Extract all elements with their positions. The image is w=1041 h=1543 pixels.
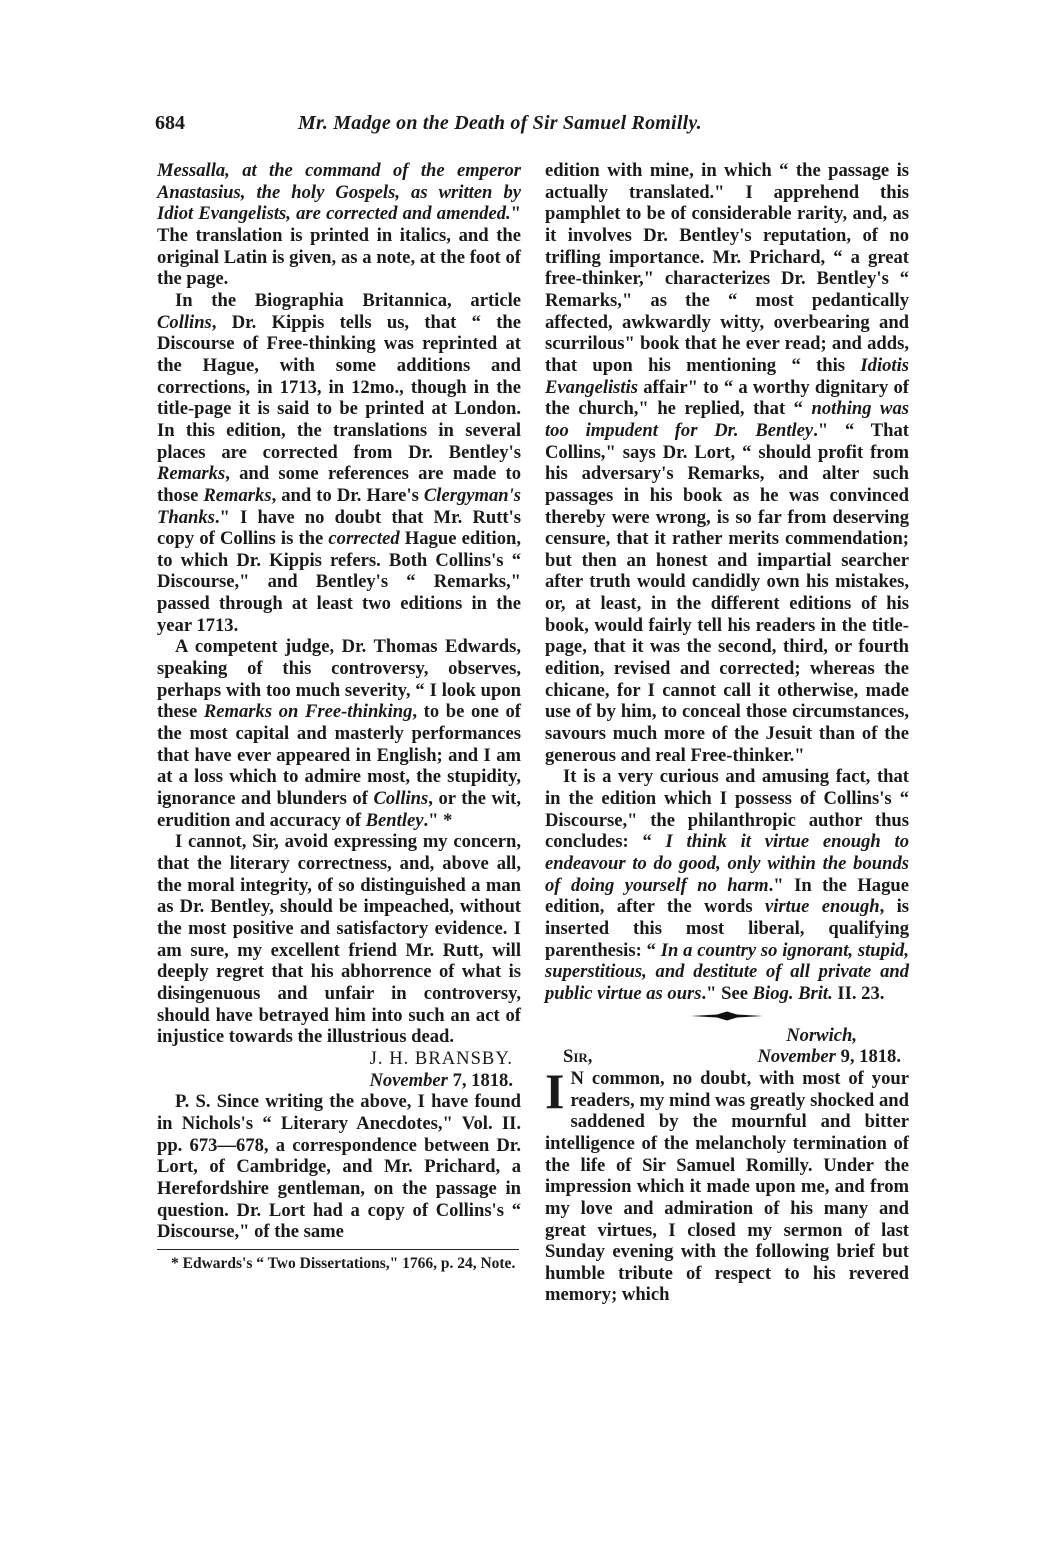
paragraph: A competent judge, Dr. Thomas Edwards, s… — [157, 636, 521, 831]
salutation-line: Sir, November 9, 1818. — [545, 1046, 909, 1068]
paragraph: IN common, no doubt, with most of your r… — [545, 1068, 909, 1306]
right-column: edition with mine, in which “ the passag… — [545, 160, 909, 1306]
page-header: 684 Mr. Madge on the Death of Sir Samuel… — [155, 112, 910, 138]
drop-cap: I — [545, 1070, 564, 1112]
footnote-rule — [157, 1249, 519, 1250]
left-column: Messalla, at the command of the emperor … — [157, 160, 521, 1273]
signature-date: November 7, 1818. — [157, 1070, 521, 1092]
paragraph: In the Biographia Britannica, article Co… — [157, 290, 521, 637]
paragraph: I cannot, Sir, avoid expressing my conce… — [157, 831, 521, 1048]
running-title: Mr. Madge on the Death of Sir Samuel Rom… — [298, 112, 702, 135]
letter-place: Norwich, — [545, 1025, 909, 1047]
signature: J. H. BRANSBY. — [157, 1048, 521, 1070]
salutation: Sir, — [545, 1046, 592, 1068]
page-number: 684 — [155, 112, 185, 135]
footnote: * Edwards's “ Two Dissertations," 1766, … — [157, 1254, 521, 1273]
paragraph: It is a very curious and amusing fact, t… — [545, 766, 909, 1004]
letter-date: November 9, 1818. — [757, 1046, 901, 1068]
section-divider-icon — [691, 1011, 763, 1021]
italic-quote: Messalla, at the command of the emperor … — [157, 160, 521, 224]
postscript: P. S. Since writing the above, I have fo… — [157, 1091, 521, 1243]
paragraph: Messalla, at the command of the emperor … — [157, 160, 521, 290]
paragraph: edition with mine, in which “ the passag… — [545, 160, 909, 766]
